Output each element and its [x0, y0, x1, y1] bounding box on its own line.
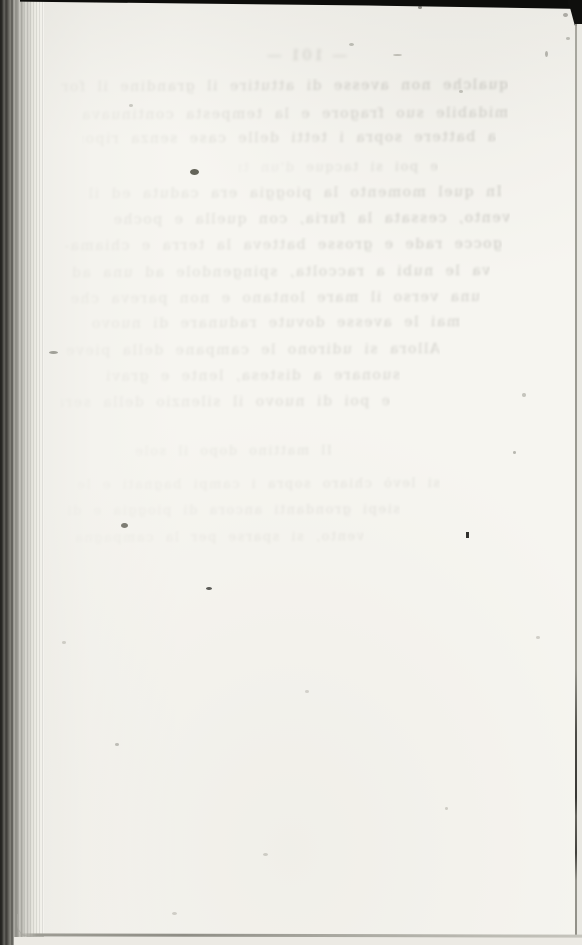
page-edge-bottom-strip: [14, 937, 582, 945]
dust-speck: [545, 51, 548, 57]
dust-speck: [513, 451, 516, 454]
dust-speck: [263, 853, 268, 856]
bleedthrough-line: a battere sopra i tetti delle case senza…: [82, 129, 496, 151]
bleedthrough-line: vento, cessata la furia, con quella e po…: [60, 210, 510, 232]
dust-speck: [445, 807, 448, 810]
bleedthrough-line: Allora si udirono le campane della pieve: [60, 341, 440, 363]
bleedthrough-line: suonare a distesa, lente e gravi: [60, 367, 400, 389]
bleedthrough-line: e poi si tacque d'un tratto: [238, 159, 438, 180]
bleedthrough-line: una verso il mare lontano e non pareva c…: [60, 289, 480, 311]
bleedthrough-layer: — 101 — qualche non avesse di attutire i…: [0, 0, 582, 945]
scan-border-top: [20, 0, 582, 10]
bleedthrough-line: siepi grondanti ancora di pioggia e di: [60, 502, 400, 524]
bleedthrough-line: midabile suo fragore e la tempesta conti…: [76, 105, 508, 127]
bleedthrough-line: va le nubi a raccolta, spingendole ad un…: [60, 263, 490, 285]
bleedthrough-line: Il mattino dopo il sole: [72, 443, 332, 464]
dust-speck: [418, 6, 422, 9]
dust-speck: [206, 587, 212, 590]
bleedthrough-line: qualche non avesse di attutire il grandi…: [60, 77, 508, 99]
bleedthrough-line: mai le avesse dovute radunare di nuovo: [60, 314, 460, 336]
scanned-page: — 101 — qualche non avesse di attutire i…: [0, 0, 582, 945]
bleedthrough-line: si levò chiaro sopra i campi bagnati e l…: [60, 476, 440, 498]
dust-speck: [190, 169, 199, 175]
dust-speck: [62, 641, 66, 644]
dust-speck: [522, 393, 526, 397]
dust-speck: [305, 690, 309, 693]
bleedthrough-page-number: — 101 —: [248, 46, 364, 68]
paper-texture: [0, 0, 582, 945]
dust-speck: [115, 743, 119, 746]
dust-speck: [566, 37, 570, 40]
book-binding-gutter: [0, 0, 44, 945]
dust-speck: [393, 54, 402, 56]
page-edge-right-outer: [577, 24, 582, 945]
dust-speck: [349, 43, 354, 46]
dust-speck: [459, 90, 463, 93]
bleedthrough-line: gocce rade e grosse batteva la terra e c…: [60, 236, 502, 258]
dust-speck: [49, 351, 58, 354]
page-corner-bottom-left: [17, 914, 44, 937]
page-edge-right-line: [575, 24, 577, 945]
dust-speck: [466, 532, 469, 538]
bleedthrough-line: vento, si sparse per la campagna: [64, 529, 364, 551]
dust-speck: [536, 636, 540, 639]
dust-speck: [129, 104, 133, 107]
bleedthrough-line: e poi di nuovo il silenzio della sera: [60, 393, 390, 415]
dust-speck: [121, 523, 128, 528]
dust-speck: [563, 13, 568, 17]
bleedthrough-line: In quel momento la pioggia era caduta ed…: [82, 184, 502, 206]
dust-speck: [172, 912, 177, 915]
